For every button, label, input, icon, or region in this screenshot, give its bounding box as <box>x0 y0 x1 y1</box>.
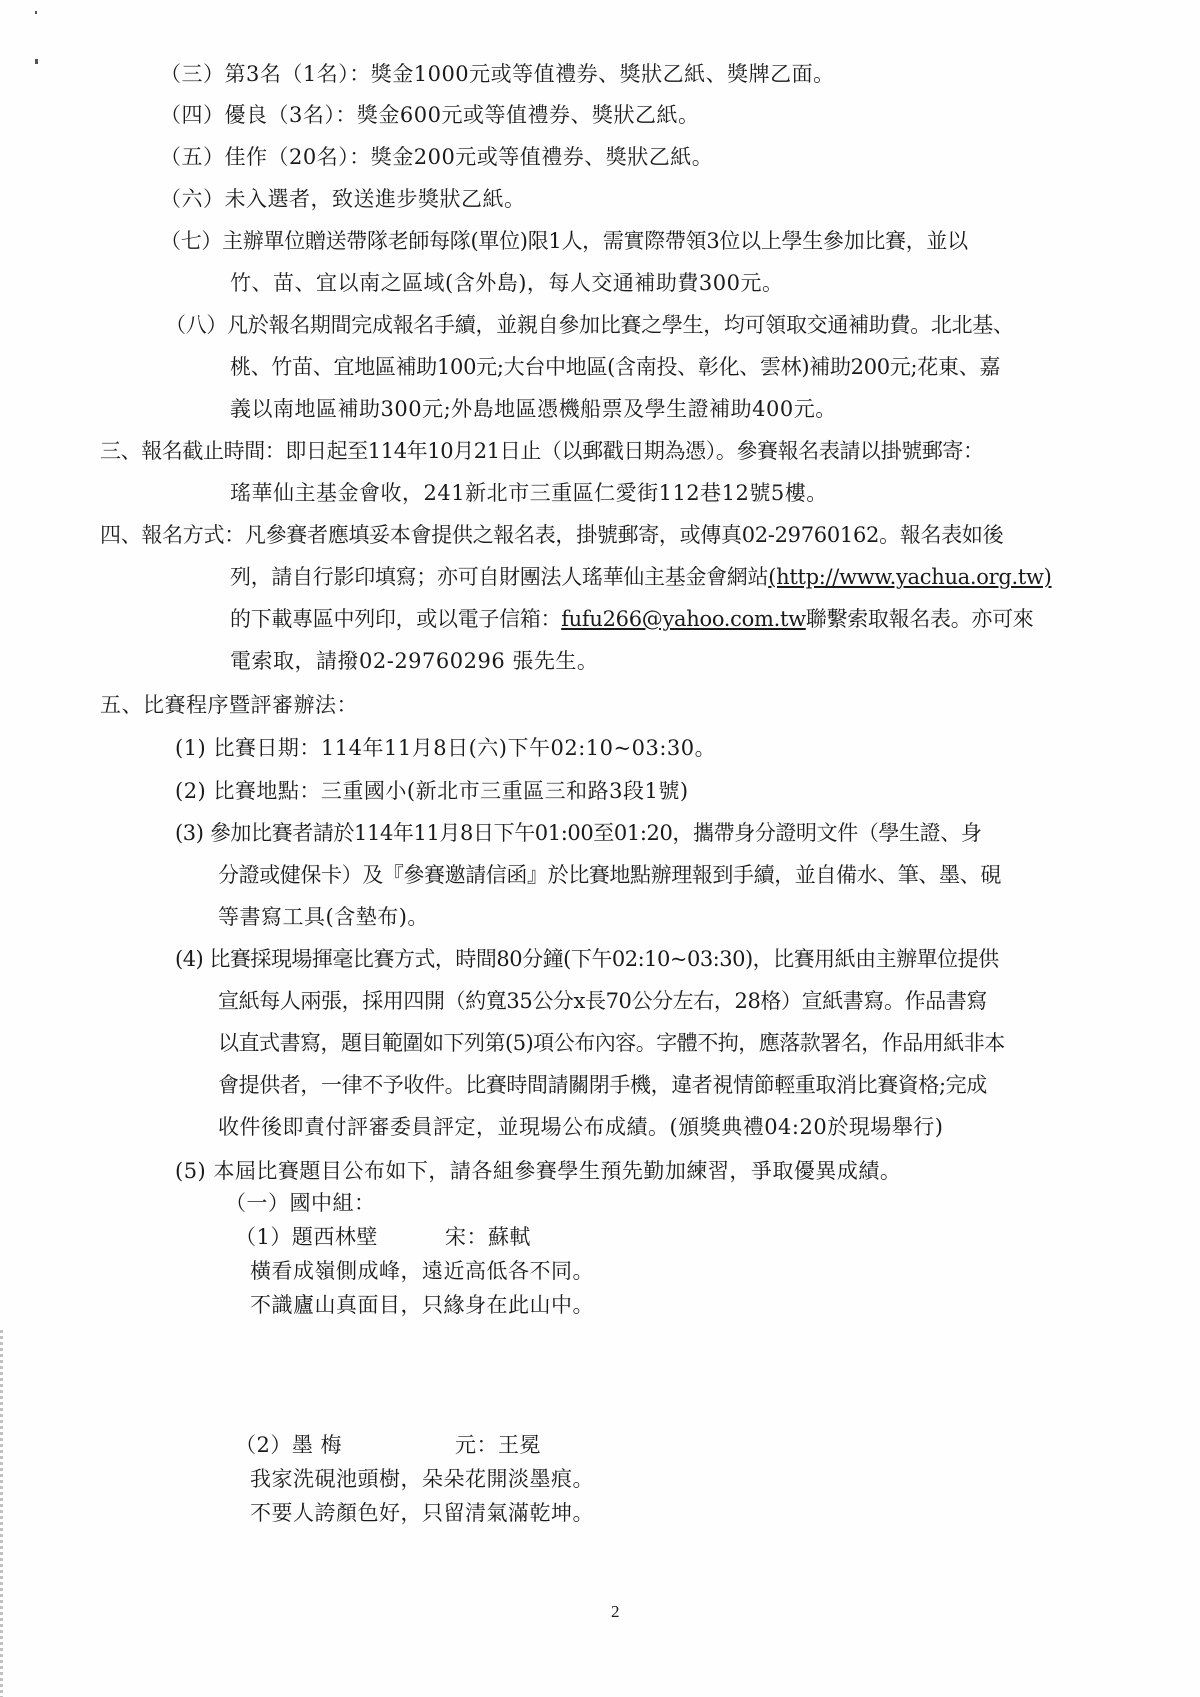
item-text: 比賽日期：114年11月8日(六)下午02:10~03:30。 <box>213 736 716 760</box>
award-item-8: （八）凡於報名期間完成報名手續，並親自參加比賽之學生，均可領取交通補助費。北北基… <box>165 310 1014 340</box>
section-4-heading: 四、報名方式：凡參賽者應填妥本會提供之報名表，掛號郵寄，或傳真02-297601… <box>100 520 1003 550</box>
item-marker: (4) <box>175 947 203 971</box>
section-3-address: 瑤華仙主基金會收，241新北市三重區仁愛街112巷12號5樓。 <box>230 478 828 508</box>
award-item-8-cont2: 義以南地區補助300元;外島地區憑機船票及學生證補助400元。 <box>230 394 837 424</box>
document-page: （三）第3名（1名）：獎金1000元或等值禮券、獎狀乙紙、獎牌乙面。 （四）優良… <box>0 0 1200 1697</box>
poem-title: 墨 梅 <box>292 1433 342 1457</box>
item-marker: （五） <box>160 145 225 169</box>
poem-2-header: （2）墨 梅 <box>235 1430 342 1460</box>
section-4-text: 列，請自行影印填寫；亦可自財團法人瑤華仙主基金會網站 <box>230 565 768 589</box>
section-4-text: 聯繫索取報名表。亦可來 <box>806 607 1034 631</box>
item-text: 未入選者，致送進步獎狀乙紙。 <box>225 187 526 211</box>
poem-1-author: 宋：蘇軾 <box>445 1222 531 1252</box>
poem-2-author: 元：王冕 <box>455 1430 541 1460</box>
page-number: 2 <box>611 1602 620 1622</box>
award-item-7: （七）主辦單位贈送帶隊老師每隊(單位)限1人，需實際帶領3位以上學生參加比賽，並… <box>160 226 968 256</box>
group-junior-high-label: （一）國中組： <box>225 1188 376 1218</box>
section-4-line-3: 的下載專區中列印，或以電子信箱：fufu266@yahoo.com.tw聯繫索取… <box>230 604 1034 634</box>
award-item-8-cont: 桃、竹苗、宜地區補助100元;大台中地區(含南投、彰化、雲林)補助200元;花東… <box>230 352 1000 382</box>
item-marker: （七） <box>160 229 222 253</box>
item-text: 凡於報名期間完成報名手續，並親自參加比賽之學生，均可領取交通補助費。北北基、 <box>227 313 1014 337</box>
scan-artifact-dot <box>35 59 38 64</box>
procedure-item-4: (4) 比賽採現場揮毫比賽方式，時間80分鐘(下午02:10~03:30)，比賽… <box>175 944 999 974</box>
item-text: 比賽採現場揮毫比賽方式，時間80分鐘(下午02:10~03:30)，比賽用紙由主… <box>209 947 998 971</box>
award-item-3: （三）第3名（1名）：獎金1000元或等值禮券、獎狀乙紙、獎牌乙面。 <box>160 59 835 89</box>
award-item-4: （四）優良（3名）：獎金600元或等值禮券、獎狀乙紙。 <box>160 100 699 130</box>
procedure-item-3: (3) 參加比賽者請於114年11月8日下午01:00至01:20，攜帶身分證明… <box>175 818 981 848</box>
procedure-item-3-cont: 分證或健保卡）及『參賽邀請信函』於比賽地點辦理報到手續，並自備水、筆、墨、硯 <box>218 860 1001 890</box>
item-marker: （四） <box>160 103 225 127</box>
item-text: 參加比賽者請於114年11月8日下午01:00至01:20，攜帶身分證明文件（學… <box>210 821 982 845</box>
poem-1-verse-2: 不識廬山真面目，只緣身在此山中。 <box>250 1290 594 1320</box>
procedure-item-2: (2) 比賽地點：三重國小(新北市三重區三和路3段1號) <box>175 776 689 806</box>
procedure-item-3-cont: 等書寫工具(含墊布)。 <box>218 902 429 932</box>
item-marker: (3) <box>175 821 204 845</box>
item-text: 主辦單位贈送帶隊老師每隊(單位)限1人，需實際帶領3位以上學生參加比賽，並以 <box>222 229 968 253</box>
scan-artifact-dot <box>35 11 37 14</box>
procedure-item-4-cont: 宣紙每人兩張，採用四開（約寬35公分x長70公分左右，28格）宣紙書寫。作品書寫 <box>218 986 987 1016</box>
procedure-item-4-cont: 以直式書寫，題目範圍如下列第(5)項公布內容。字體不拘，應落款署名，作品用紙非本 <box>218 1028 1005 1058</box>
scan-edge-artifact <box>0 1330 3 1697</box>
item-marker: （三） <box>160 62 225 86</box>
website-link[interactable]: (http://www.yachua.org.tw) <box>768 565 1051 589</box>
section-3-heading: 三、報名截止時間：即日起至114年10月21日止（以郵戳日期為憑）。參賽報名表請… <box>100 436 984 466</box>
section-4-text: 的下載專區中列印，或以電子信箱： <box>230 607 561 631</box>
poem-marker: （2） <box>235 1433 292 1457</box>
procedure-item-5: (5) 本屆比賽題目公布如下，請各組參賽學生預先勤加練習，爭取優異成績。 <box>175 1156 901 1186</box>
procedure-item-4-cont: 會提供者，一律不予收件。比賽時間請關閉手機，違者視情節輕重取消比賽資格;完成 <box>218 1070 987 1100</box>
item-marker: (1) <box>175 736 206 760</box>
item-marker: (5) <box>175 1159 206 1183</box>
item-text: 比賽地點：三重國小(新北市三重區三和路3段1號) <box>213 779 688 803</box>
poem-1-verse-1: 橫看成嶺側成峰，遠近高低各不同。 <box>250 1256 594 1286</box>
item-marker: (2) <box>175 779 206 803</box>
procedure-item-4-cont: 收件後即責付評審委員評定，並現場公布成績。(頒獎典禮04:20於現場舉行) <box>218 1112 943 1142</box>
award-item-6: （六）未入選者，致送進步獎狀乙紙。 <box>160 184 526 214</box>
email-link[interactable]: fufu266@yahoo.com.tw <box>561 607 806 631</box>
poem-2-verse-2: 不要人誇顏色好，只留清氣滿乾坤。 <box>250 1498 594 1528</box>
section-4-line-4: 電索取，請撥02-29760296 張先生。 <box>230 646 598 676</box>
poem-marker: （1） <box>235 1225 292 1249</box>
award-item-5: （五）佳作（20名）：獎金200元或等值禮券、獎狀乙紙。 <box>160 142 713 172</box>
item-marker: （八） <box>165 313 227 337</box>
section-5-heading: 五、比賽程序暨評審辦法： <box>100 690 358 720</box>
item-text: 優良（3名）：獎金600元或等值禮券、獎狀乙紙。 <box>225 103 700 127</box>
award-item-7-cont: 竹、苗、宜以南之區域(含外島)，每人交通補助費300元。 <box>230 268 783 298</box>
item-text: 第3名（1名）：獎金1000元或等值禮券、獎狀乙紙、獎牌乙面。 <box>225 62 835 86</box>
poem-1-header: （1）題西林壁 <box>235 1222 378 1252</box>
procedure-item-1: (1) 比賽日期：114年11月8日(六)下午02:10~03:30。 <box>175 733 716 763</box>
item-text: 本屆比賽題目公布如下，請各組參賽學生預先勤加練習，爭取優異成績。 <box>213 1159 901 1183</box>
poem-2-verse-1: 我家洗硯池頭樹，朵朵花開淡墨痕。 <box>250 1464 594 1494</box>
item-marker: （六） <box>160 187 225 211</box>
item-text: 佳作（20名）：獎金200元或等值禮券、獎狀乙紙。 <box>225 145 714 169</box>
poem-title: 題西林壁 <box>292 1225 378 1249</box>
section-4-line-2: 列，請自行影印填寫；亦可自財團法人瑤華仙主基金會網站(http://www.ya… <box>230 562 1052 592</box>
